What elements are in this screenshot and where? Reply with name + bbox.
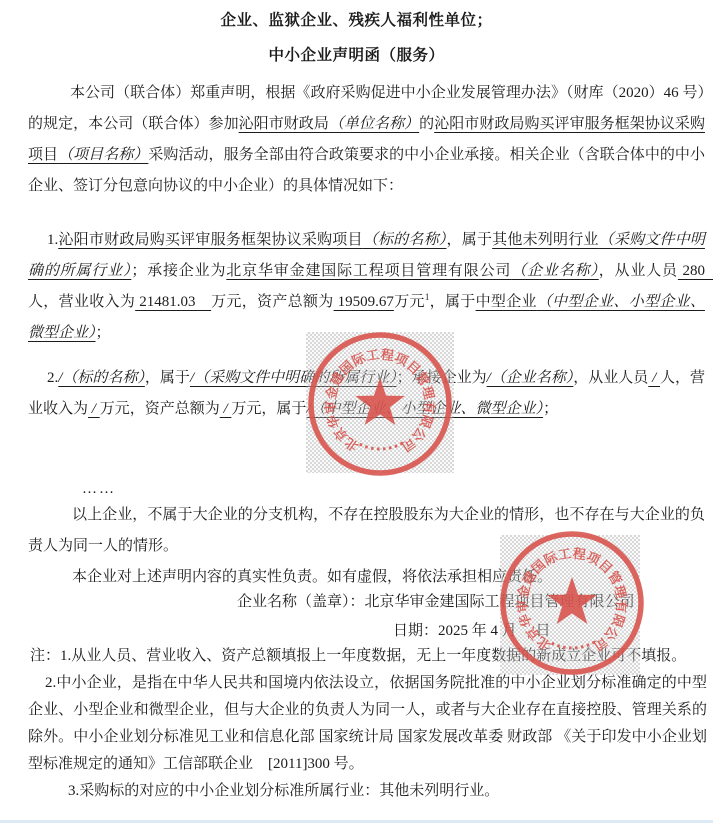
text-segment: ，属于: [447, 232, 493, 248]
text-segment: ，从业人员: [599, 263, 678, 279]
document-heading-line1: 企业、监狱企业、残疾人福利性单位；: [0, 10, 713, 32]
text-segment: 人，营业收入为: [28, 294, 135, 310]
seal-ring-character: 理: [611, 584, 629, 601]
seal-ring-character: 审: [323, 400, 339, 414]
text-segment: （项目名称）: [58, 147, 148, 163]
text-segment: 万元，资产总额为: [211, 294, 333, 310]
company-seal-stamp-2: 北京华审金建国际工程项目管理有限公司: [497, 528, 647, 678]
seal-ring-character: 有: [613, 599, 629, 613]
text-segment: （标的名称）: [363, 232, 447, 248]
text-segment: （单位名称）: [329, 116, 419, 132]
seal-ring-character: 审: [515, 599, 531, 613]
text-segment: 的: [419, 116, 434, 132]
note-2: 2.中小企业，是指在中华人民共和国境内依法设立，依据国务院批准的中小企业划分标准…: [28, 670, 707, 778]
seal-ring-character: 工: [557, 546, 572, 563]
text-segment: 其他未列明行业: [492, 232, 599, 248]
seal-bottom-dots: [550, 642, 595, 648]
text-segment: （企业名称）: [511, 263, 598, 279]
text-segment: /: [88, 401, 100, 417]
document-title: 中小企业声明函（服务）: [0, 45, 713, 67]
text-segment: 沁阳市财政局: [239, 116, 329, 132]
text-segment: 19509.67: [334, 294, 394, 310]
company-seal-stamp-1: 北京华审金建国际工程项目管理有限公司: [305, 329, 455, 479]
seal-star-icon: [355, 378, 404, 425]
text-segment: ；承接企业为: [131, 263, 226, 279]
text-segment: 21481.03: [135, 294, 211, 310]
document-page: 企业、监狱企业、残疾人福利性单位； 中小企业声明函（服务） 本公司（联合体）郑重…: [0, 0, 713, 824]
text-segment: 沁阳市财政局购买评审服务框架协议采购项目: [58, 232, 362, 248]
text-segment: /: [648, 370, 660, 386]
bottom-edge-line: [0, 820, 713, 823]
text-segment: 万元，资产总额为: [100, 401, 220, 417]
text-segment: 万元: [394, 294, 425, 310]
seal-star-icon: [547, 577, 596, 624]
text-segment: 280: [678, 263, 713, 279]
text-segment: /（标的名称）: [58, 370, 145, 386]
seal-ring-character: 工: [365, 347, 380, 364]
text-segment: 万元，属于: [231, 401, 306, 417]
text-segment: ，从业人员: [573, 370, 648, 386]
seal-ring-character: 有: [421, 400, 437, 414]
text-segment: 中型企业: [476, 294, 537, 310]
seal-ring-character: 理: [419, 385, 437, 402]
text-segment: 2.: [47, 370, 58, 386]
text-segment: ，属于: [429, 294, 475, 310]
text-segment: /（企业名称）: [487, 370, 574, 386]
text-segment: /: [220, 401, 232, 417]
text-segment: 北京华审金建国际工程项目管理有限公司: [226, 263, 511, 279]
note-3: 3.采购标的对应的中小企业划分标准所属行业：其他未列明行业。: [28, 778, 707, 805]
text-segment: ，属于: [145, 370, 190, 386]
seal-bottom-dots: [358, 443, 403, 449]
text-segment: 1.: [47, 232, 58, 248]
intro-paragraph: 本公司（联合体）郑重声明，根据《政府采购促进中小企业发展管理办法》（财库（202…: [28, 78, 705, 202]
text-segment: ；: [543, 401, 558, 417]
text-segment: ；: [96, 325, 111, 341]
